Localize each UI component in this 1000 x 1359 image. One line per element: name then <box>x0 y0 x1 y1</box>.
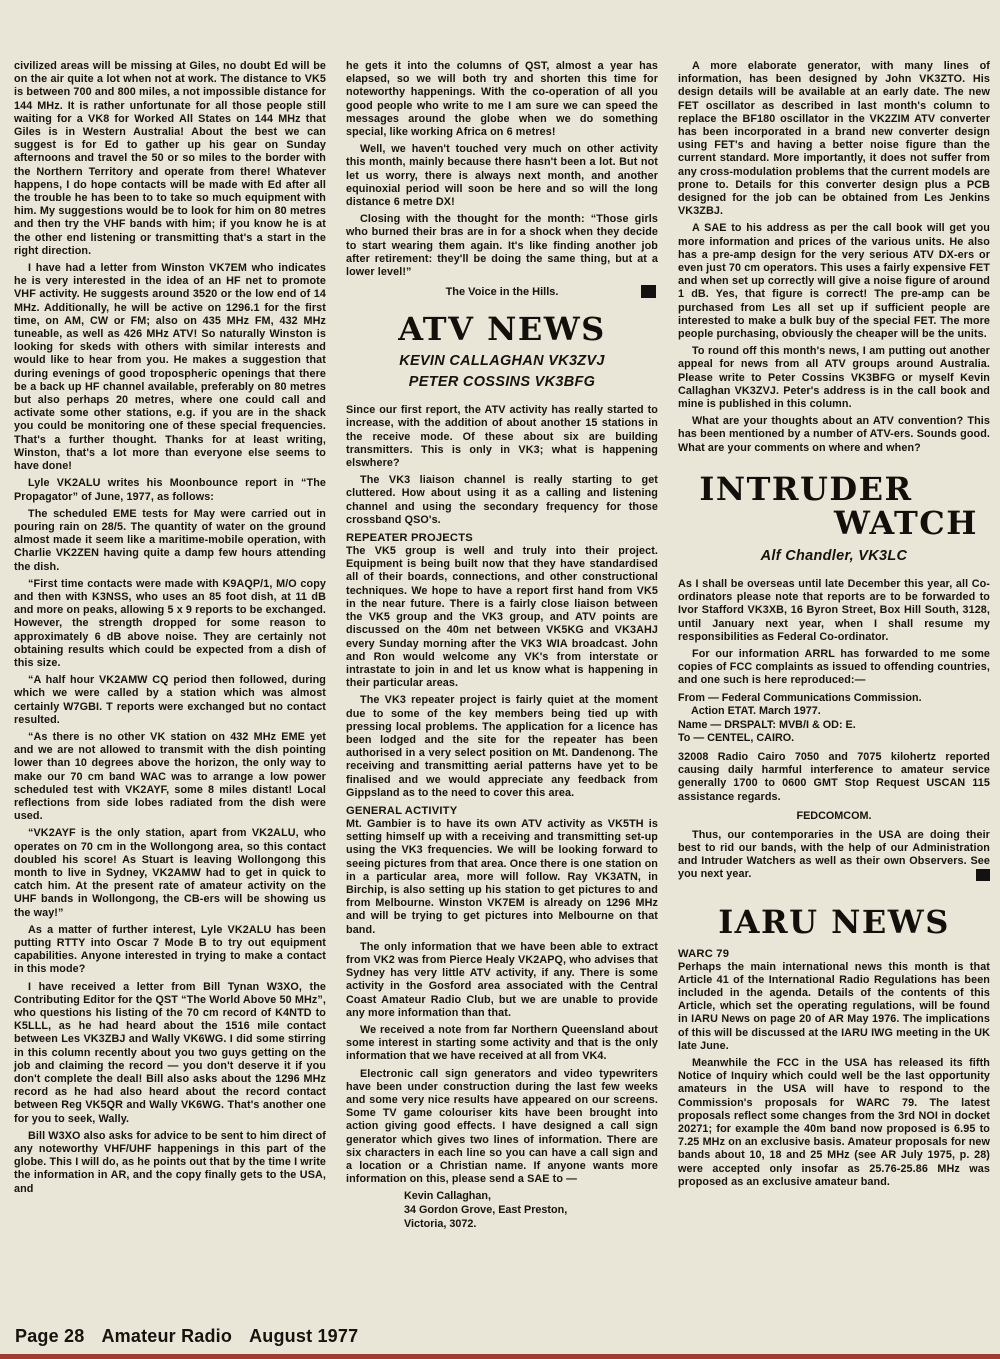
paragraph: “A half hour VK2AMW CQ period then follo… <box>14 674 326 727</box>
paragraph: Mt. Gambier is to have its own ATV activ… <box>346 818 658 937</box>
signoff-text: The Voice in the Hills. <box>446 286 559 298</box>
footer-page-number: Page 28 <box>15 1326 84 1347</box>
paragraph: The scheduled EME tests for May were car… <box>14 508 326 574</box>
paragraph: What are your thoughts about an ATV conv… <box>678 415 990 455</box>
end-of-article-square-icon <box>976 869 990 881</box>
footer-magazine-title: Amateur Radio <box>101 1326 232 1347</box>
contact-address: Kevin Callaghan, 34 Gordon Grove, East P… <box>346 1190 658 1231</box>
fcc-from-line: From — Federal Communications Commission… <box>678 692 990 706</box>
paragraph: Well, we haven't touched very much on ot… <box>346 143 658 209</box>
paragraph: The only information that we have been a… <box>346 941 658 1020</box>
paragraph: I have received a letter from Bill Tynan… <box>14 981 326 1126</box>
paragraph: Electronic call sign generators and vide… <box>346 1068 658 1187</box>
column-left: civilized areas will be missing at Giles… <box>14 60 326 1352</box>
three-column-layout: civilized areas will be missing at Giles… <box>0 0 1000 1352</box>
article-title-intruder: INTRUDER <box>678 473 934 505</box>
byline-alf-chandler: Alf Chandler, VK3LC <box>678 547 990 566</box>
column-right: A more elaborate generator, with many li… <box>678 60 990 1352</box>
byline-peter-cossins: PETER COSSINS VK3BFG <box>346 373 658 392</box>
paragraph: Since our first report, the ATV activity… <box>346 404 658 470</box>
paragraph: “As there is no other VK station on 432 … <box>14 731 326 823</box>
paragraph: civilized areas will be missing at Giles… <box>14 60 326 258</box>
page-footer: Page 28 Amateur Radio August 1977 <box>15 1326 358 1347</box>
paragraph: Lyle VK2ALU writes his Moonbounce report… <box>14 477 326 503</box>
closing-text: Thus, our contemporaries in the USA are … <box>678 829 990 881</box>
paragraph: The VK5 group is well and truly into the… <box>346 545 658 690</box>
paragraph: Bill W3XO also asks for advice to be sen… <box>14 1130 326 1196</box>
paragraph: Closing with the thought for the month: … <box>346 213 658 279</box>
fcc-to-line: To — CENTEL, CAIRO. <box>678 732 990 746</box>
article-title-iaru-news: IARU NEWS <box>678 906 990 938</box>
column-signoff: The Voice in the Hills. <box>346 285 658 299</box>
footer-issue-date: August 1977 <box>249 1326 358 1347</box>
paragraph: I have had a letter from Winston VK7EM w… <box>14 262 326 473</box>
fcc-complaint-block: From — Federal Communications Commission… <box>678 692 990 746</box>
address-line: Victoria, 3072. <box>404 1218 658 1232</box>
article-title-watch: WATCH <box>678 507 978 539</box>
paragraph: Perhaps the main international news this… <box>678 961 990 1053</box>
byline-kevin-callaghan: KEVIN CALLAGHAN VK3ZVJ <box>346 352 658 371</box>
paragraph: We received a note from far Northern Que… <box>346 1024 658 1064</box>
paragraph: A more elaborate generator, with many li… <box>678 60 990 218</box>
paragraph: To round off this month's news, I am put… <box>678 345 990 411</box>
paragraph: The VK3 repeater project is fairly quiet… <box>346 694 658 800</box>
address-line: 34 Gordon Grove, East Preston, <box>404 1204 658 1218</box>
end-of-article-square-icon <box>641 285 656 298</box>
paragraph: “VK2AYF is the only station, apart from … <box>14 827 326 919</box>
paragraph: “First time contacts were made with K9AQ… <box>14 578 326 670</box>
paragraph: Meanwhile the FCC in the USA has release… <box>678 1057 990 1189</box>
article-title-atv-news: ATV NEWS <box>346 313 658 345</box>
fcc-name-line: Name — DRSPALT: MVB/I & OD: E. <box>678 719 990 733</box>
bottom-red-rule <box>0 1354 1000 1359</box>
paragraph: As a matter of further interest, Lyle VK… <box>14 924 326 977</box>
paragraph: As I shall be overseas until late Decemb… <box>678 578 990 644</box>
paragraph: Thus, our contemporaries in the USA are … <box>678 829 990 882</box>
paragraph: A SAE to his address as per the call boo… <box>678 222 990 341</box>
magazine-page: civilized areas will be missing at Giles… <box>0 0 1000 1359</box>
subhead-repeater-projects: REPEATER PROJECTS <box>346 532 658 544</box>
subhead-warc-79: WARC 79 <box>678 948 990 960</box>
paragraph: The VK3 liaison channel is really starti… <box>346 474 658 527</box>
fedcomcom-line: FEDCOMCOM. <box>678 809 990 823</box>
paragraph: For our information ARRL has forwarded t… <box>678 648 990 688</box>
column-middle: he gets it into the columns of QST, almo… <box>346 60 658 1352</box>
paragraph: 32008 Radio Cairo 7050 and 7075 kilohert… <box>678 751 990 804</box>
paragraph: he gets it into the columns of QST, almo… <box>346 60 658 139</box>
fcc-action-line: Action ETAT. March 1977. <box>678 705 990 719</box>
subhead-general-activity: GENERAL ACTIVITY <box>346 805 658 817</box>
address-line: Kevin Callaghan, <box>404 1190 658 1204</box>
